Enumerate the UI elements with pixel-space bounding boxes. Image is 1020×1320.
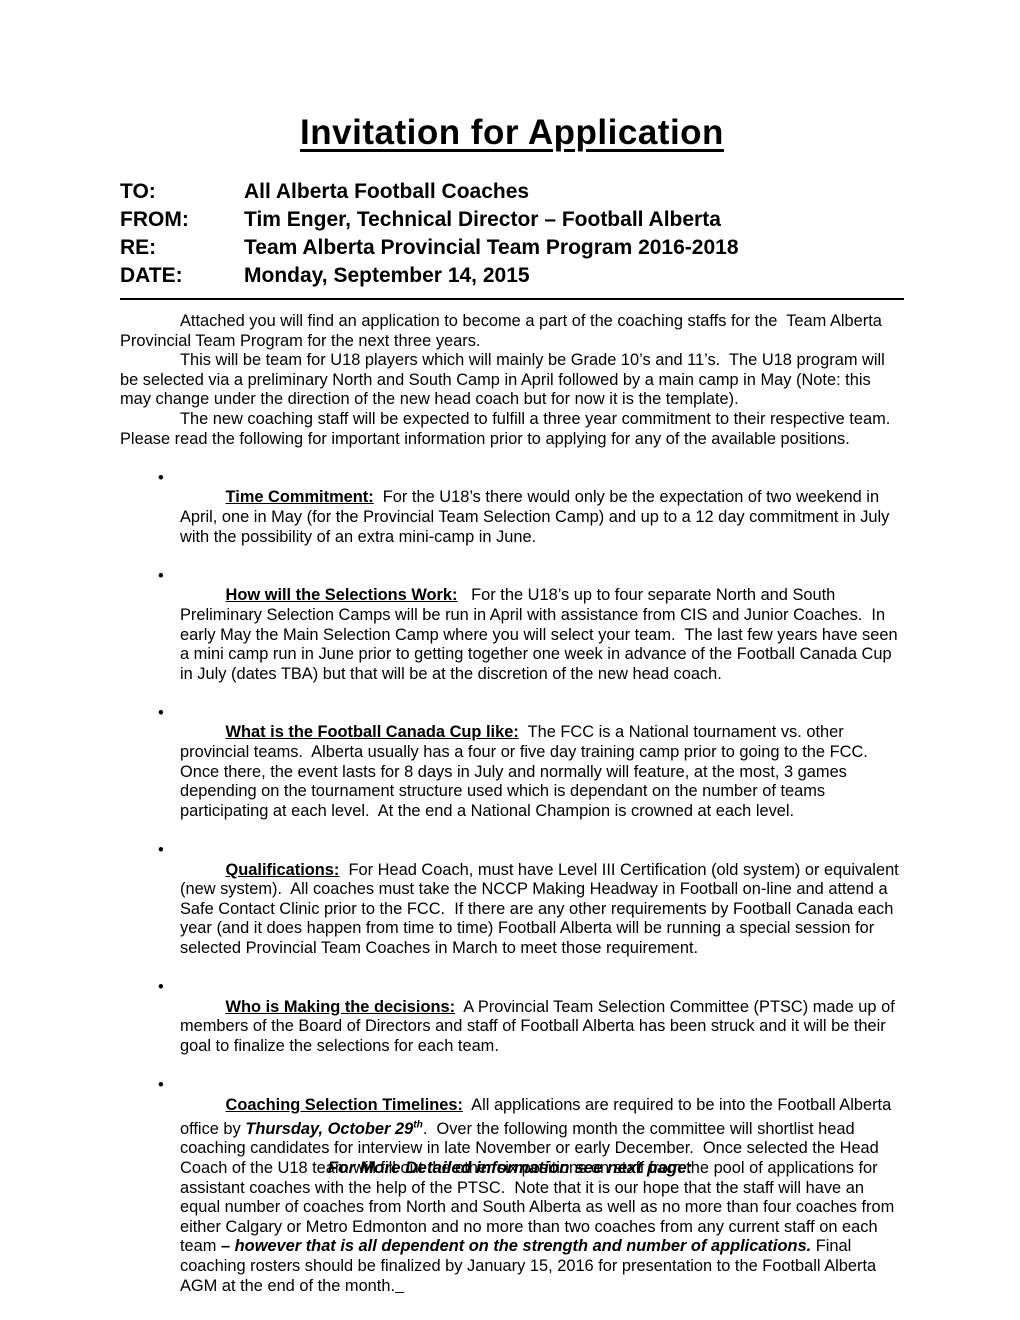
memo-row-to: TO: All Alberta Football Coaches	[120, 178, 904, 206]
bullet-item: Who is Making the decisions: A Provincia…	[120, 978, 904, 1076]
page-title: Invitation for Application	[120, 112, 904, 154]
bullet-text-segment: th	[413, 1119, 423, 1130]
memo-header: TO: All Alberta Football Coaches FROM: T…	[120, 178, 904, 290]
memo-label: TO:	[120, 178, 244, 206]
bullet-heading: What is the Football Canada Cup like:	[226, 723, 519, 741]
memo-value: Tim Enger, Technical Director – Football…	[244, 206, 904, 234]
bullet-body: All applications are required to be into…	[180, 1096, 899, 1295]
bullet-heading: Qualifications:	[226, 861, 340, 879]
document-page: Invitation for Application TO: All Alber…	[0, 0, 1020, 1320]
body-paragraph: The new coaching staff will be expected …	[120, 410, 904, 449]
memo-label: FROM:	[120, 206, 244, 234]
body-paragraph: This will be team for U18 players which …	[120, 351, 904, 410]
bullet-item: What is the Football Canada Cup like: Th…	[120, 704, 904, 841]
bullet-heading: How will the Selections Work:	[226, 586, 458, 604]
memo-row-date: DATE: Monday, September 14, 2015	[120, 262, 904, 290]
bullet-text-segment	[395, 1277, 404, 1295]
body-paragraph: Attached you will find an application to…	[120, 312, 904, 351]
bullet-text-segment: – however that is all dependent on the s…	[221, 1237, 811, 1255]
footer-note: For More Detailed information see next p…	[0, 1158, 1020, 1178]
bullet-text-segment: . Over the following month the committee…	[180, 1120, 899, 1256]
bullet-item: How will the Selections Work: For the U1…	[120, 567, 904, 704]
memo-label: DATE:	[120, 262, 244, 290]
bullet-heading: Time Commitment:	[226, 488, 374, 506]
memo-value: All Alberta Football Coaches	[244, 178, 904, 206]
header-divider	[120, 298, 904, 300]
memo-label: RE:	[120, 234, 244, 262]
bullet-heading: Coaching Selection Timelines:	[226, 1096, 463, 1114]
document-content: Invitation for Application TO: All Alber…	[120, 112, 904, 1316]
memo-value: Team Alberta Provincial Team Program 201…	[244, 234, 904, 262]
memo-row-re: RE: Team Alberta Provincial Team Program…	[120, 234, 904, 262]
memo-row-from: FROM: Tim Enger, Technical Director – Fo…	[120, 206, 904, 234]
bullet-heading: Who is Making the decisions:	[226, 998, 456, 1016]
bullet-list: Time Commitment: For the U18’s there wou…	[120, 469, 904, 1316]
memo-value: Monday, September 14, 2015	[244, 262, 904, 290]
bullet-item: Coaching Selection Timelines: All applic…	[120, 1076, 904, 1316]
bullet-item: Qualifications: For Head Coach, must hav…	[120, 841, 904, 978]
bullet-text-segment: Thursday, October 29	[245, 1120, 413, 1138]
bullet-item: Time Commitment: For the U18’s there wou…	[120, 469, 904, 567]
